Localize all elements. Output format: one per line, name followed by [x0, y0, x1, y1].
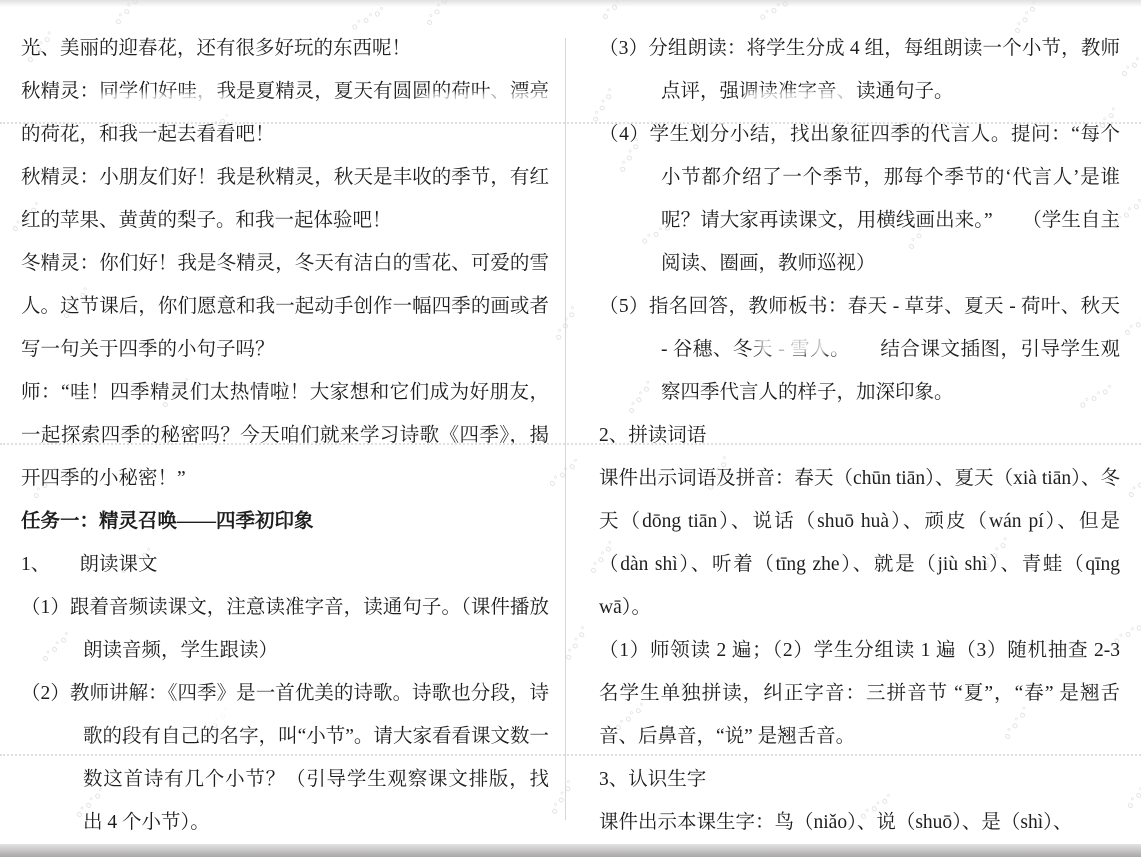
paragraph: 课件出示词语及拼音：春天（chūn tiān）、夏天（xià tiān）、冬天（… [599, 457, 1120, 629]
document-page: o°o°o°o°o°o°o°o°o°o°o°o°o°o°o°o°o°o°o°o°… [0, 0, 1141, 857]
watermark-squiggle: o°o°o° [563, 624, 591, 663]
right-page-column: （3）分组朗读：将学生分成 4 组，每组朗读一个小节，教师点评，强调读准字音、读… [599, 27, 1120, 844]
paragraph: （1）师领读 2 遍；（2）学生分组读 1 遍（3）随机抽查 2-3 名学生单独… [599, 629, 1120, 758]
paragraph: 光、美丽的迎春花，还有很多好玩的东西呢！ [21, 27, 549, 70]
paragraph: 师：“哇！四季精灵们太热情啦！大家想和它们成为好朋友，一起探索四季的秘密吗？今天… [21, 371, 549, 500]
watermark-squiggle: o°o°o° [1125, 775, 1141, 811]
paragraph: （1）跟着音频读课文，注意读准字音，读通句子。（课件播放朗读音频，学生跟读） [21, 586, 549, 672]
paragraph: 秋精灵：同学们好哇，我是夏精灵，夏天有圆圆的荷叶、漂亮的荷花，和我一起去看看吧！ [21, 70, 549, 156]
watermark-squiggle: o°o°o° [553, 304, 581, 343]
paragraph: 3、认识生字 [599, 758, 1120, 801]
paragraph: 冬精灵：你们好！我是冬精灵，冬天有洁白的雪花、可爱的雪人。这节课后，你们愿意和我… [21, 242, 549, 371]
watermark-squiggle: o°o°o° [1119, 47, 1141, 80]
scan-edge-top [0, 0, 1141, 7]
paragraph: （2）教师讲解：《四季》是一首优美的诗歌。诗歌也分段，诗歌的段有自己的名字，叫“… [21, 672, 549, 844]
paragraph: （5）指名回答，教师板书：春天 - 草芽、夏天 - 荷叶、秋天 - 谷穗、冬天 … [599, 285, 1120, 414]
paragraph: 2、拼读词语 [599, 414, 1120, 457]
page-divider-line [565, 38, 566, 820]
paragraph: 课件出示本课生字：鸟（niǎo）、说（shuō）、是（shì）、 [599, 801, 1120, 844]
paragraph: 秋精灵：小朋友们好！我是秋精灵，秋天是丰收的季节，有红红的苹果、黄黄的梨子。和我… [21, 156, 549, 242]
scan-edge-bottom [0, 844, 1141, 857]
paragraph: （3）分组朗读：将学生分成 4 组，每组朗读一个小节，教师点评，强调读准字音、读… [599, 27, 1120, 113]
paragraph: 任务一：精灵召唤——四季初印象 [21, 500, 549, 543]
paragraph: 1、 朗读课文 [21, 543, 549, 586]
left-page-column: 光、美丽的迎春花，还有很多好玩的东西呢！秋精灵：同学们好哇，我是夏精灵，夏天有圆… [21, 27, 549, 844]
watermark-squiggle: o°o°o° [549, 778, 577, 817]
watermark-squiggle: o°o°o° [1126, 466, 1141, 501]
paragraph: （4）学生划分小结，找出象征四季的代言人。提问：“每个小节都介绍了一个季节，那每… [599, 113, 1120, 285]
watermark-squiggle: o°o°o° [1123, 308, 1141, 339]
